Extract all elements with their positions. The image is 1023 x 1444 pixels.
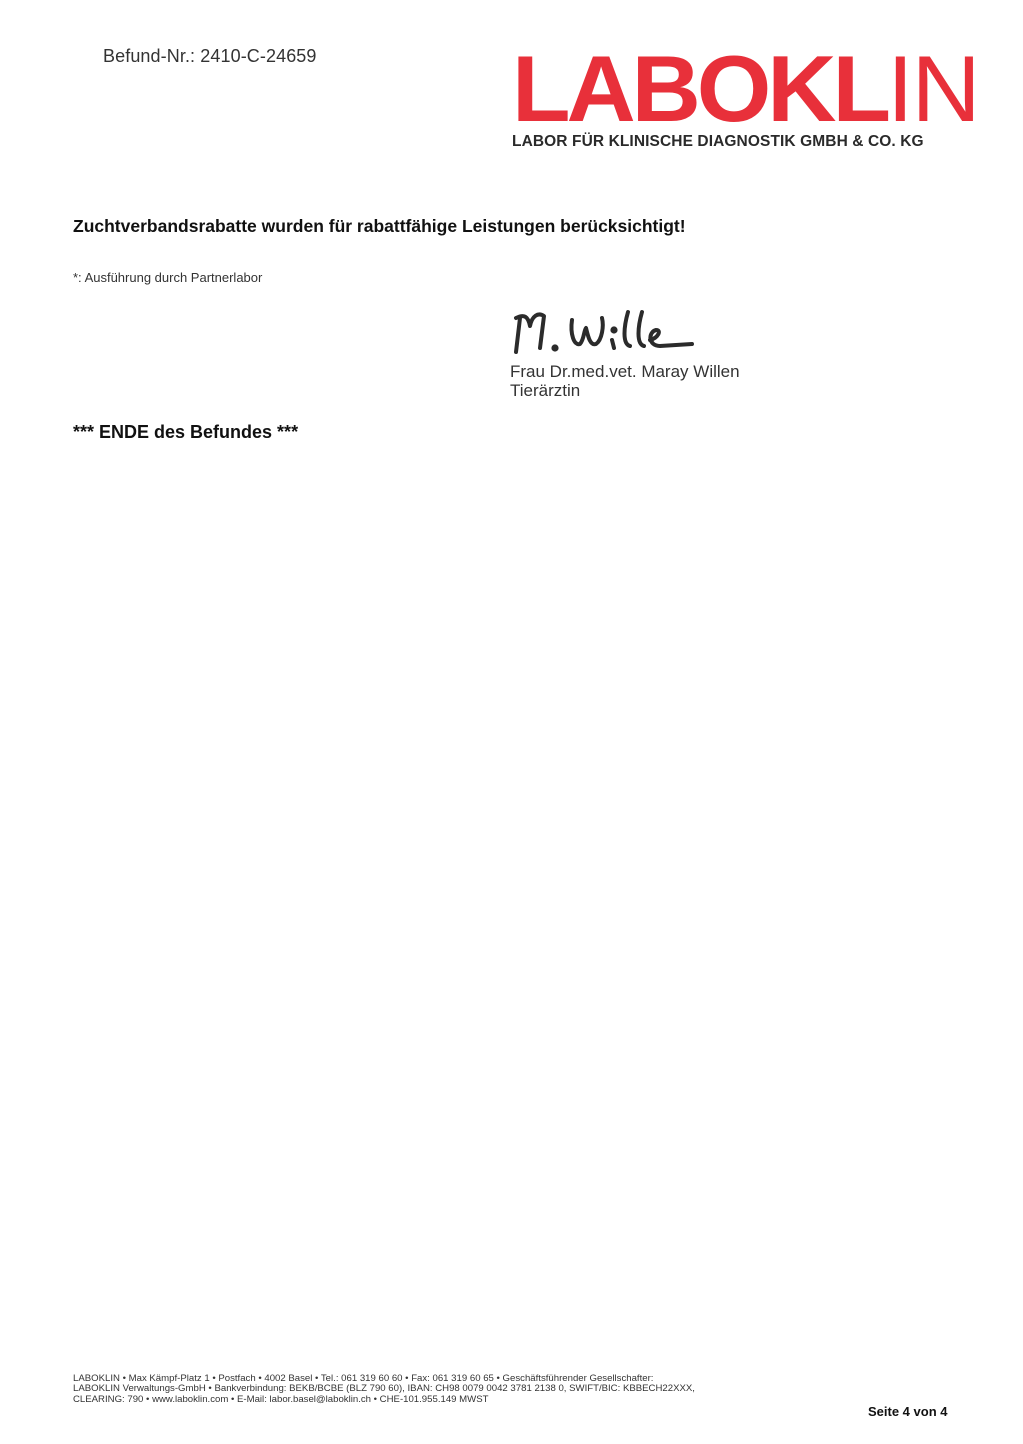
- signer-name: Frau Dr.med.vet. Maray Willen: [510, 362, 740, 381]
- footer-company-info: LABOKLIN • Max Kämpf-Platz 1 • Postfach …: [73, 1374, 695, 1405]
- logo-wordmark-bold: LABOKL: [512, 36, 887, 141]
- partner-lab-footnote: *: Ausführung durch Partnerlabor: [73, 270, 262, 285]
- signature-image: [510, 304, 700, 360]
- laboklin-logo: LABOKLIN LABOR FÜR KLINISCHE DIAGNOSTIK …: [512, 52, 960, 151]
- signer-title: Tierärztin: [510, 381, 740, 400]
- footer-line: CLEARING: 790 • www.laboklin.com • E-Mai…: [73, 1395, 695, 1405]
- discount-notice: Zuchtverbandsrabatte wurden für rabattfä…: [73, 216, 686, 237]
- page-indicator: Seite 4 von 4: [868, 1404, 947, 1419]
- report-number: Befund-Nr.: 2410-C-24659: [103, 46, 317, 67]
- logo-wordmark-thin: IN: [887, 36, 979, 141]
- signer-block: Frau Dr.med.vet. Maray Willen Tierärztin: [510, 362, 740, 400]
- end-of-report: *** ENDE des Befundes ***: [73, 422, 298, 443]
- logo-wordmark: LABOKLIN: [512, 52, 969, 128]
